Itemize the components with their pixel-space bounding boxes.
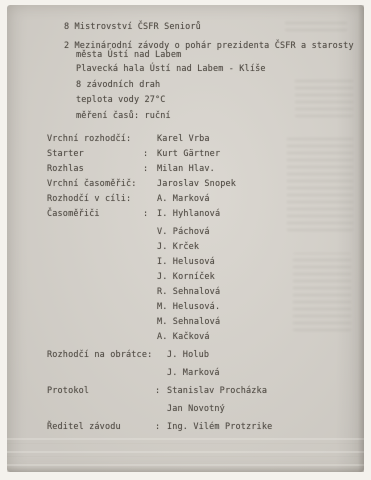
footer-officials-list: Rozhodčí na obrátce: J. Holub J. Marková… [47,350,272,433]
footer-colon: : [155,386,167,397]
footer-label: Rozhodčí na obrátce: [47,350,155,361]
footer-label: Protokol [47,386,155,397]
official-colon: : [143,149,157,160]
official-label: Rozhodčí v cíli: [47,194,143,205]
timekeeper-name: V. Páchová [157,227,220,242]
official-label: Časoměřiči [47,209,143,220]
typewritten-content: 8 Mistrovství ČSFR Seniorů 2 Mezinárodní… [7,5,364,472]
paper-edge-shadow [7,467,364,472]
official-colon: : [143,209,157,220]
championship-title: 8 Mistrovství ČSFR Seniorů [64,22,201,33]
timekeeper-name: I. Helusová [157,257,220,272]
footer-name: Jan Novotný [167,404,272,415]
official-label: Starter [47,149,143,160]
timekeeper-name: M. Helusová. [157,302,220,317]
lanes-line: 8 závodních drah [76,80,160,91]
scanned-document: 8 Mistrovství ČSFR Seniorů 2 Mezinárodní… [0,0,371,480]
timekeeper-name: M. Sehnalová [157,317,220,332]
timekeeper-name: J. Krček [157,242,220,257]
bleed-through-smudge [293,253,351,331]
officials-list: Vrchní rozhodčí: Karel Vrba Starter : Ku… [47,134,236,220]
timekeepers-list: V. Páchová J. Krček I. Helusová J. Korní… [157,227,220,347]
bleed-through-smudge [285,19,347,31]
timing-line: měření časů: ruční [76,111,171,122]
footer-name: J. Marková [167,368,272,379]
official-label: Vrchní časoměřič: [47,179,143,190]
official-colon [143,194,157,205]
official-name: I. Hyhlanová [157,209,236,220]
official-colon: : [143,164,157,175]
venue-line: Plavecká hala Ústí nad Labem - Klíše [76,64,266,75]
official-name: Karel Vrba [157,134,236,145]
official-name: Kurt Gärtner [157,149,236,160]
footer-label [47,404,155,415]
paper-sheet: 8 Mistrovství ČSFR Seniorů 2 Mezinárodní… [7,5,364,472]
official-colon [143,134,157,145]
official-name: A. Marková [157,194,236,205]
timekeeper-name: R. Sehnalová [157,287,220,302]
footer-colon [155,350,167,361]
official-name: Milan Hlav. [157,164,236,175]
bleed-through-smudge [295,75,353,117]
event-title-line2: města Ústí nad Labem [76,50,181,61]
official-label: Rozhlas [47,164,143,175]
official-colon [143,179,157,190]
bleed-through-smudge [287,135,353,231]
paper-edge-shadow [358,5,364,472]
official-name: Jaroslav Snopek [157,179,236,190]
footer-name: Stanislav Procházka [167,386,272,397]
water-temp-line: teplota vody 27°C [76,95,166,106]
timekeeper-name: A. Kačková [157,332,220,347]
scan-streaks [7,432,364,466]
timekeeper-name: J. Korníček [157,272,220,287]
footer-colon [155,368,167,379]
footer-name: J. Holub [167,350,272,361]
footer-label [47,368,155,379]
official-label: Vrchní rozhodčí: [47,134,143,145]
footer-colon [155,404,167,415]
